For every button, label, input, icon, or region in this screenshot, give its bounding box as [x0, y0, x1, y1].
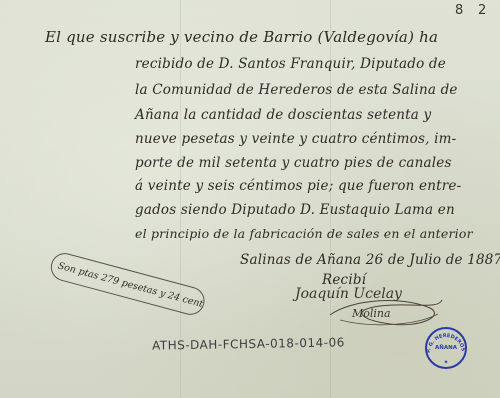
body-line-4: Añana la cantidad de doscientas setenta …: [135, 107, 431, 123]
body-line-2: recibido de D. Santos Franquir, Diputado…: [135, 56, 446, 72]
archive-reference: ATHS-DAH-FCHSA-018-014-06: [152, 335, 345, 352]
document-scan: 8 2 El que suscribe y vecino de Barrio (…: [0, 0, 500, 398]
body-line-7: á veinte y seis céntimos pie; que fueron…: [135, 178, 461, 194]
body-line-1: El que suscribe y vecino de Barrio (Vald…: [45, 28, 438, 46]
body-line-9: el principio de la fabricación de sales …: [135, 226, 473, 241]
svg-text:✦: ✦: [443, 359, 448, 366]
folio-number: 2: [478, 3, 486, 18]
body-line-6: porte de mil setenta y cuatro pies de ca…: [135, 155, 452, 171]
margin-note-amount: Son ptas 279 pesetas y 24 cents.: [48, 250, 208, 318]
signature-flourish: [320, 280, 450, 330]
place-date: Salinas de Añana 26 de Julio de 1887: [240, 252, 500, 268]
body-line-8: gados siendo Diputado D. Eustaquio Lama …: [135, 202, 455, 218]
archive-stamp-icon: P. G. HEREDEROS SALINAS AÑANA ✦: [423, 325, 469, 371]
svg-text:AÑANA: AÑANA: [435, 344, 458, 351]
body-line-5: nueve pesetas y veinte y cuatro céntimos…: [135, 131, 456, 147]
folio-number: 8: [455, 3, 463, 18]
body-line-3: la Comunidad de Herederos de esta Salina…: [135, 82, 458, 98]
